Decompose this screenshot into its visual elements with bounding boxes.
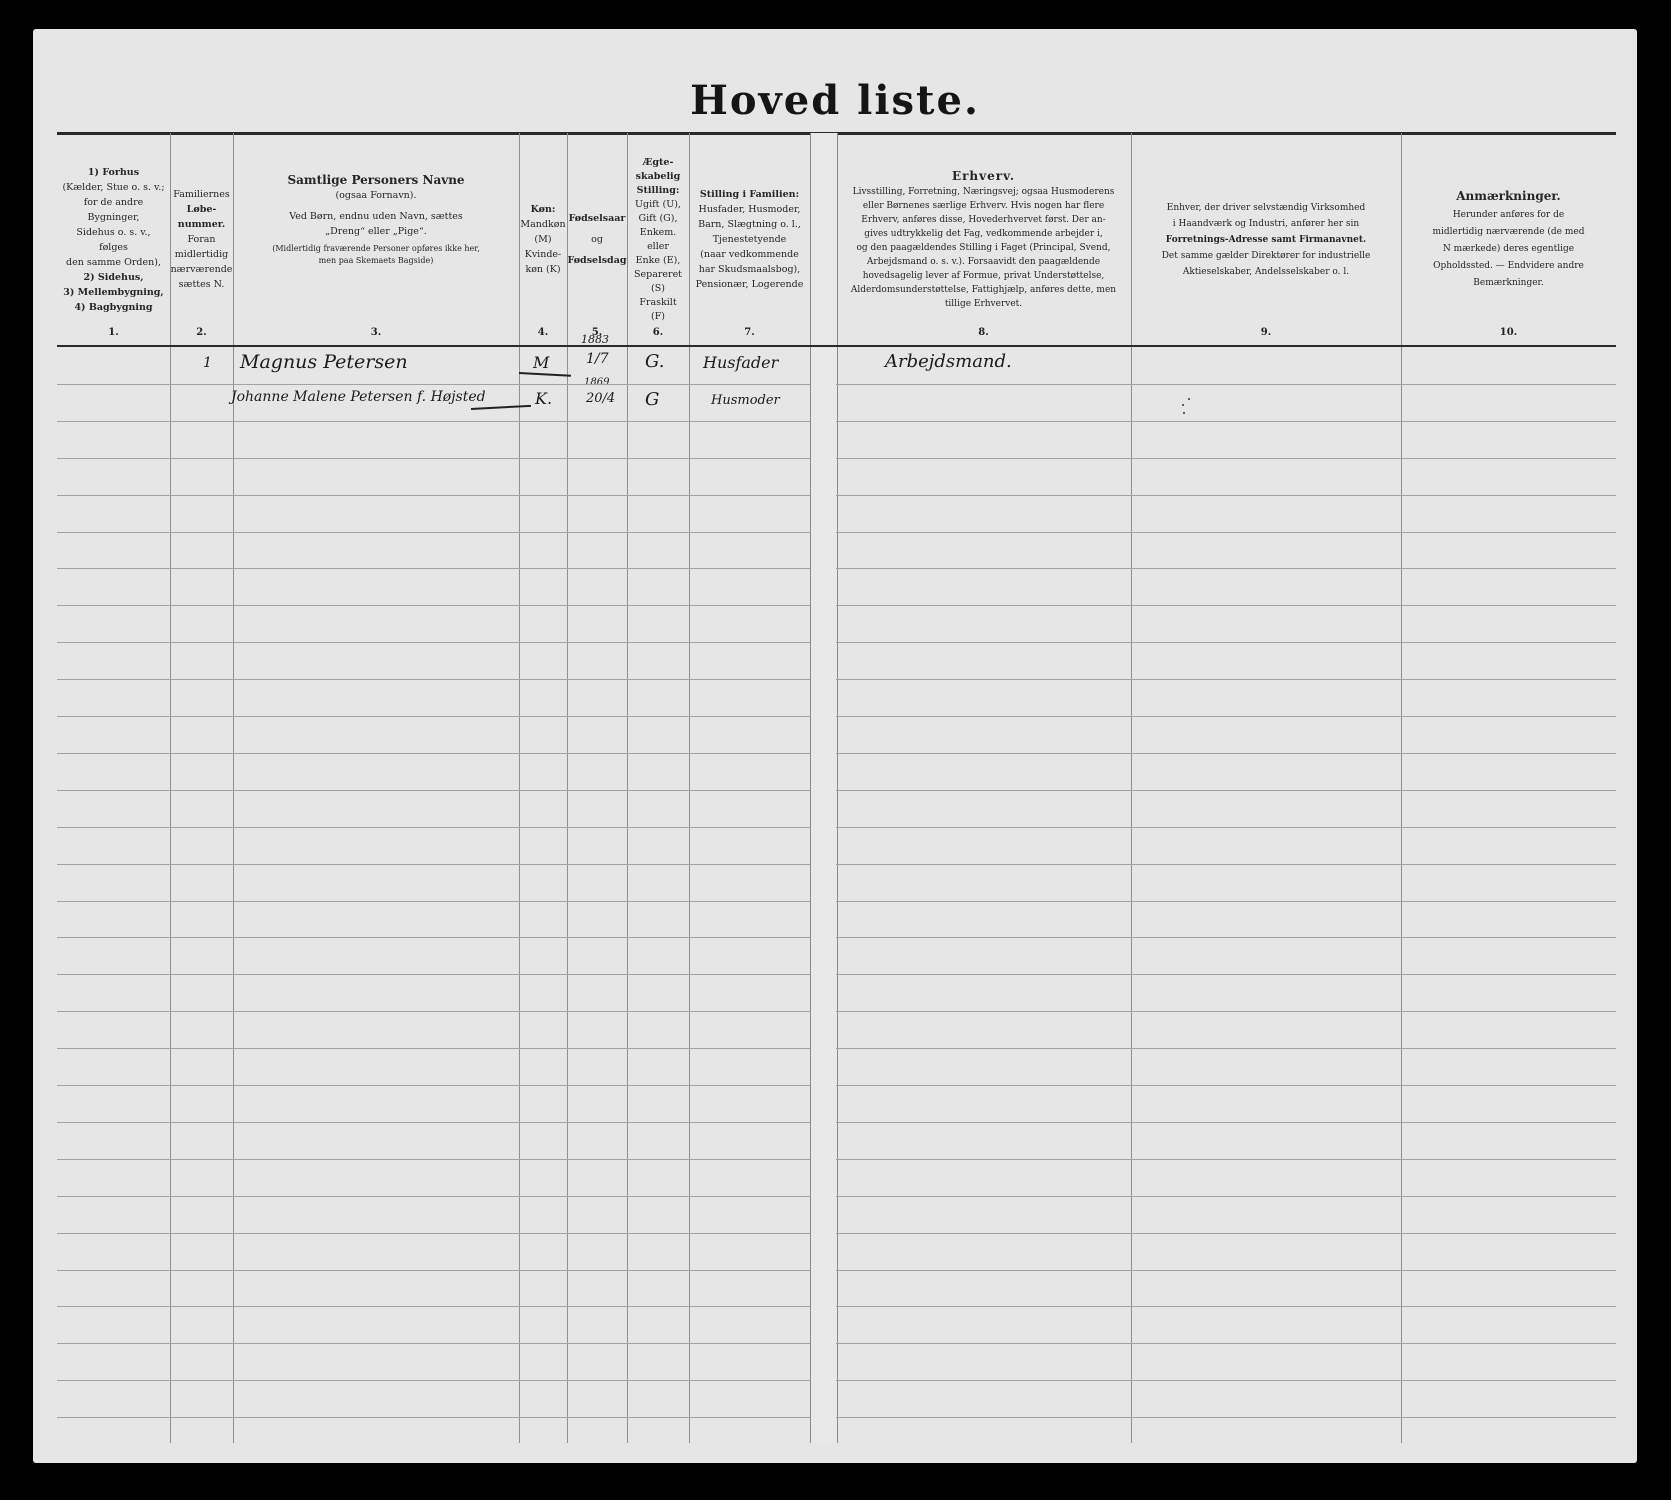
row-line	[836, 679, 1616, 680]
header-text: og den paagældendes Stilling i Faget (Pr…	[856, 241, 1110, 255]
row-line	[836, 1122, 1616, 1123]
header-col-3: Samtlige Personers Navne (ogsaa Fornavn)…	[233, 137, 519, 342]
entry-birth-date: 1/7	[586, 351, 609, 367]
row-line	[57, 642, 810, 643]
row-line	[57, 753, 810, 754]
row-line	[836, 605, 1616, 606]
header-text: eller Børnenes særlige Erhverv. Hvis nog…	[863, 199, 1104, 213]
column-number: 6.	[627, 327, 689, 338]
row-line	[836, 421, 1616, 422]
row-line	[57, 495, 810, 496]
row-line	[836, 974, 1616, 975]
header-text: køn (K)	[525, 262, 560, 277]
census-form-page: Hoved liste. 1) Forhus (Kælder, Stue o. …	[33, 29, 1637, 1463]
header-text: Foran	[187, 232, 215, 247]
entry-marital-status: G.	[645, 351, 664, 372]
header-text: Arbejdsmand o. s. v.). Forsaavidt den pa…	[867, 255, 1100, 269]
header-text: Enhver, der driver selvstændig Virksomhe…	[1167, 200, 1365, 216]
page-title: Hoved liste.	[33, 77, 1637, 124]
header-text: Aktieselskaber, Andelsselskaber o. l.	[1183, 264, 1349, 280]
header-text: har Skudsmaalsbog),	[699, 262, 801, 277]
header-text: Bemærkninger.	[1473, 275, 1543, 292]
header-text: Kvinde-	[525, 247, 562, 262]
header-text: (Kælder, Stue o. s. v.;	[62, 180, 164, 195]
header-text: (S)	[651, 282, 665, 296]
row-line	[836, 864, 1616, 865]
column-number: 4.	[519, 327, 567, 338]
ink-speck	[1183, 412, 1185, 414]
row-line	[836, 1343, 1616, 1344]
row-line	[836, 790, 1616, 791]
row-line	[836, 642, 1616, 643]
row-line	[57, 1011, 810, 1012]
header-text: (Midlertidig fraværende Personer opføres…	[272, 243, 480, 255]
row-line	[57, 384, 810, 385]
row-line	[57, 1306, 810, 1307]
row-line	[836, 1417, 1616, 1418]
ink-speck	[1188, 398, 1190, 400]
header-text: midlertidig nærværende (de med	[1433, 224, 1585, 241]
header-text: Mandkøn	[520, 217, 565, 232]
header-text: den samme Orden),	[66, 255, 161, 270]
header-text: 3) Mellembygning,	[63, 285, 163, 300]
header-text: 2) Sidehus,	[83, 270, 143, 285]
row-line	[57, 458, 810, 459]
entry-family-number: 1	[203, 355, 212, 371]
row-line	[836, 384, 1616, 385]
header-heading: Anmærkninger.	[1456, 188, 1561, 205]
column-number: 1.	[57, 327, 170, 338]
column-number: 10.	[1401, 327, 1616, 338]
header-text: Tjenestetyende	[713, 232, 787, 247]
header-text: Køn:	[531, 202, 556, 217]
column-number: 9.	[1131, 327, 1401, 338]
header-text: Ægte-	[643, 156, 674, 170]
entry-sex: M	[533, 353, 549, 372]
header-text: for de andre Bygninger,	[61, 195, 166, 225]
header-text: nummer.	[178, 217, 225, 232]
header-text: i Haandværk og Industri, anfører her sin	[1173, 216, 1359, 232]
row-line	[836, 1048, 1616, 1049]
header-text: midlertidig	[175, 247, 228, 262]
entry-name: Johanne Malene Petersen f. Højsted	[231, 389, 486, 405]
row-line	[57, 1380, 810, 1381]
header-text: Enkem. eller	[631, 226, 685, 254]
row-line	[836, 568, 1616, 569]
header-text: 1) Forhus	[88, 165, 139, 180]
row-line	[57, 1233, 810, 1234]
column-number: 3.	[233, 327, 519, 338]
entry-family-role: Husmoder	[711, 393, 780, 408]
row-line	[57, 901, 810, 902]
header-text: Fraskilt (F)	[631, 296, 685, 324]
header-text: Sidehus o. s. v., følges	[61, 225, 166, 255]
center-gutter	[810, 133, 838, 1443]
header-text: Ugift (U),	[635, 198, 681, 212]
header-text: sættes N.	[179, 277, 225, 292]
entry-occupation: Arbejdsmand.	[885, 351, 1012, 372]
row-line	[57, 827, 810, 828]
header-text: Fødselsaar	[569, 211, 626, 226]
row-line	[57, 1417, 810, 1418]
header-text: men paa Skemaets Bagside)	[319, 255, 434, 267]
row-line	[836, 1380, 1616, 1381]
header-text: nærværende	[171, 262, 233, 277]
header-text: Ved Børn, endnu uden Navn, sættes	[289, 209, 463, 224]
row-line	[57, 790, 810, 791]
header-heading: Samtlige Personers Navne	[287, 173, 464, 188]
header-text: Barn, Slægtning o. l.,	[698, 217, 801, 232]
row-line	[836, 827, 1616, 828]
header-text: (ogsaa Fornavn).	[335, 188, 416, 203]
row-line	[57, 679, 810, 680]
ink-speck	[1182, 404, 1184, 406]
row-line	[836, 1085, 1616, 1086]
header-text: Det samme gælder Direktører for industri…	[1162, 248, 1371, 264]
header-text: 4) Bagbygning	[74, 300, 152, 315]
row-line	[57, 937, 810, 938]
row-line	[57, 864, 810, 865]
header-col-7: Stilling i Familien: Husfader, Husmoder,…	[689, 137, 810, 342]
header-text: hovedsagelig lever af Formue, privat Und…	[863, 269, 1105, 283]
row-line	[57, 1048, 810, 1049]
row-line	[836, 1306, 1616, 1307]
entry-sex: K.	[535, 389, 552, 408]
pen-stroke	[519, 372, 571, 376]
row-line	[836, 495, 1616, 496]
pen-stroke	[471, 405, 531, 410]
header-col-4: Køn: Mandkøn (M) Kvinde- køn (K)	[519, 137, 567, 342]
row-line	[57, 716, 810, 717]
row-line	[836, 1159, 1616, 1160]
header-text: (M)	[534, 232, 551, 247]
column-number: 8.	[836, 327, 1131, 338]
row-line	[836, 458, 1616, 459]
header-text: skabelig	[636, 170, 681, 184]
header-text: Pensionær, Logerende	[696, 277, 804, 292]
column-number: 7.	[689, 327, 810, 338]
row-line	[57, 1159, 810, 1160]
header-text: (naar vedkommende	[700, 247, 799, 262]
header-col-6: Ægte- skabelig Stilling: Ugift (U), Gift…	[627, 137, 689, 342]
header-text: Livsstilling, Forretning, Næringsvej; og…	[853, 185, 1115, 199]
header-text: Alderdomsunderstøttelse, Fattighjælp, an…	[851, 283, 1116, 297]
header-col-10: Anmærkninger. Herunder anføres for de mi…	[1401, 137, 1616, 342]
entry-family-role: Husfader	[703, 353, 778, 372]
row-line	[836, 753, 1616, 754]
row-line	[836, 1196, 1616, 1197]
header-heading: Erhverv.	[952, 169, 1015, 183]
header-text: gives udtrykkelig det Fag, vedkommende a…	[864, 227, 1102, 241]
row-line	[836, 1011, 1616, 1012]
header-text: Separeret	[634, 268, 682, 282]
row-line	[836, 532, 1616, 533]
header-text: Herunder anføres for de	[1453, 207, 1564, 224]
entry-marital-status: G	[645, 389, 659, 410]
column-number: 2.	[170, 327, 233, 338]
header-text: Opholdssted. — Endvidere andre	[1433, 258, 1584, 275]
header-text: Forretnings-Adresse samt Firmanavnet.	[1166, 232, 1366, 248]
header-col-9: Enhver, der driver selvstændig Virksomhe…	[1131, 137, 1401, 342]
row-line	[57, 532, 810, 533]
row-line	[836, 716, 1616, 717]
header-col-2: Familiernes Løbe- nummer. Foran midlerti…	[170, 137, 233, 342]
header-text: N mærkede) deres egentlige	[1443, 241, 1574, 258]
row-line	[836, 901, 1616, 902]
row-line	[57, 1270, 810, 1271]
row-line	[57, 1085, 810, 1086]
header-heading: Stilling i Familien:	[700, 187, 799, 202]
row-line	[57, 605, 810, 606]
header-text: Fødselsdag	[568, 253, 627, 268]
row-line	[836, 1233, 1616, 1234]
header-text: Løbe-	[187, 202, 217, 217]
row-line	[57, 974, 810, 975]
header-text: Enke (E),	[636, 254, 681, 268]
header-text: Familiernes	[173, 187, 230, 202]
row-line	[57, 1196, 810, 1197]
header-col-1: 1) Forhus (Kælder, Stue o. s. v.; for de…	[57, 137, 170, 342]
header-text: og	[591, 232, 603, 247]
entry-birth-year: 1883	[581, 333, 609, 346]
header-text: „Dreng“ eller „Pige“.	[325, 224, 427, 239]
entry-birth-year: 1869	[584, 377, 609, 388]
row-line	[57, 1122, 810, 1123]
header-bottom-rule	[57, 345, 1616, 347]
entry-name: Magnus Petersen	[240, 351, 408, 373]
header-col-5: Fødselsaar og Fødselsdag	[567, 137, 627, 342]
row-line	[57, 1343, 810, 1344]
row-line	[57, 421, 810, 422]
row-line	[836, 937, 1616, 938]
row-line	[57, 568, 810, 569]
row-line	[836, 1270, 1616, 1271]
entry-birth-date: 20/4	[586, 391, 615, 406]
header-text: Husfader, Husmoder,	[699, 202, 801, 217]
header-col-8: Erhverv. Livsstilling, Forretning, Nærin…	[836, 137, 1131, 342]
header-text: Gift (G),	[638, 212, 677, 226]
header-text: Stilling:	[637, 184, 680, 198]
header-text: Erhverv, anføres disse, Hovederhvervet f…	[861, 213, 1105, 227]
header-text: tillige Erhvervet.	[945, 297, 1022, 311]
